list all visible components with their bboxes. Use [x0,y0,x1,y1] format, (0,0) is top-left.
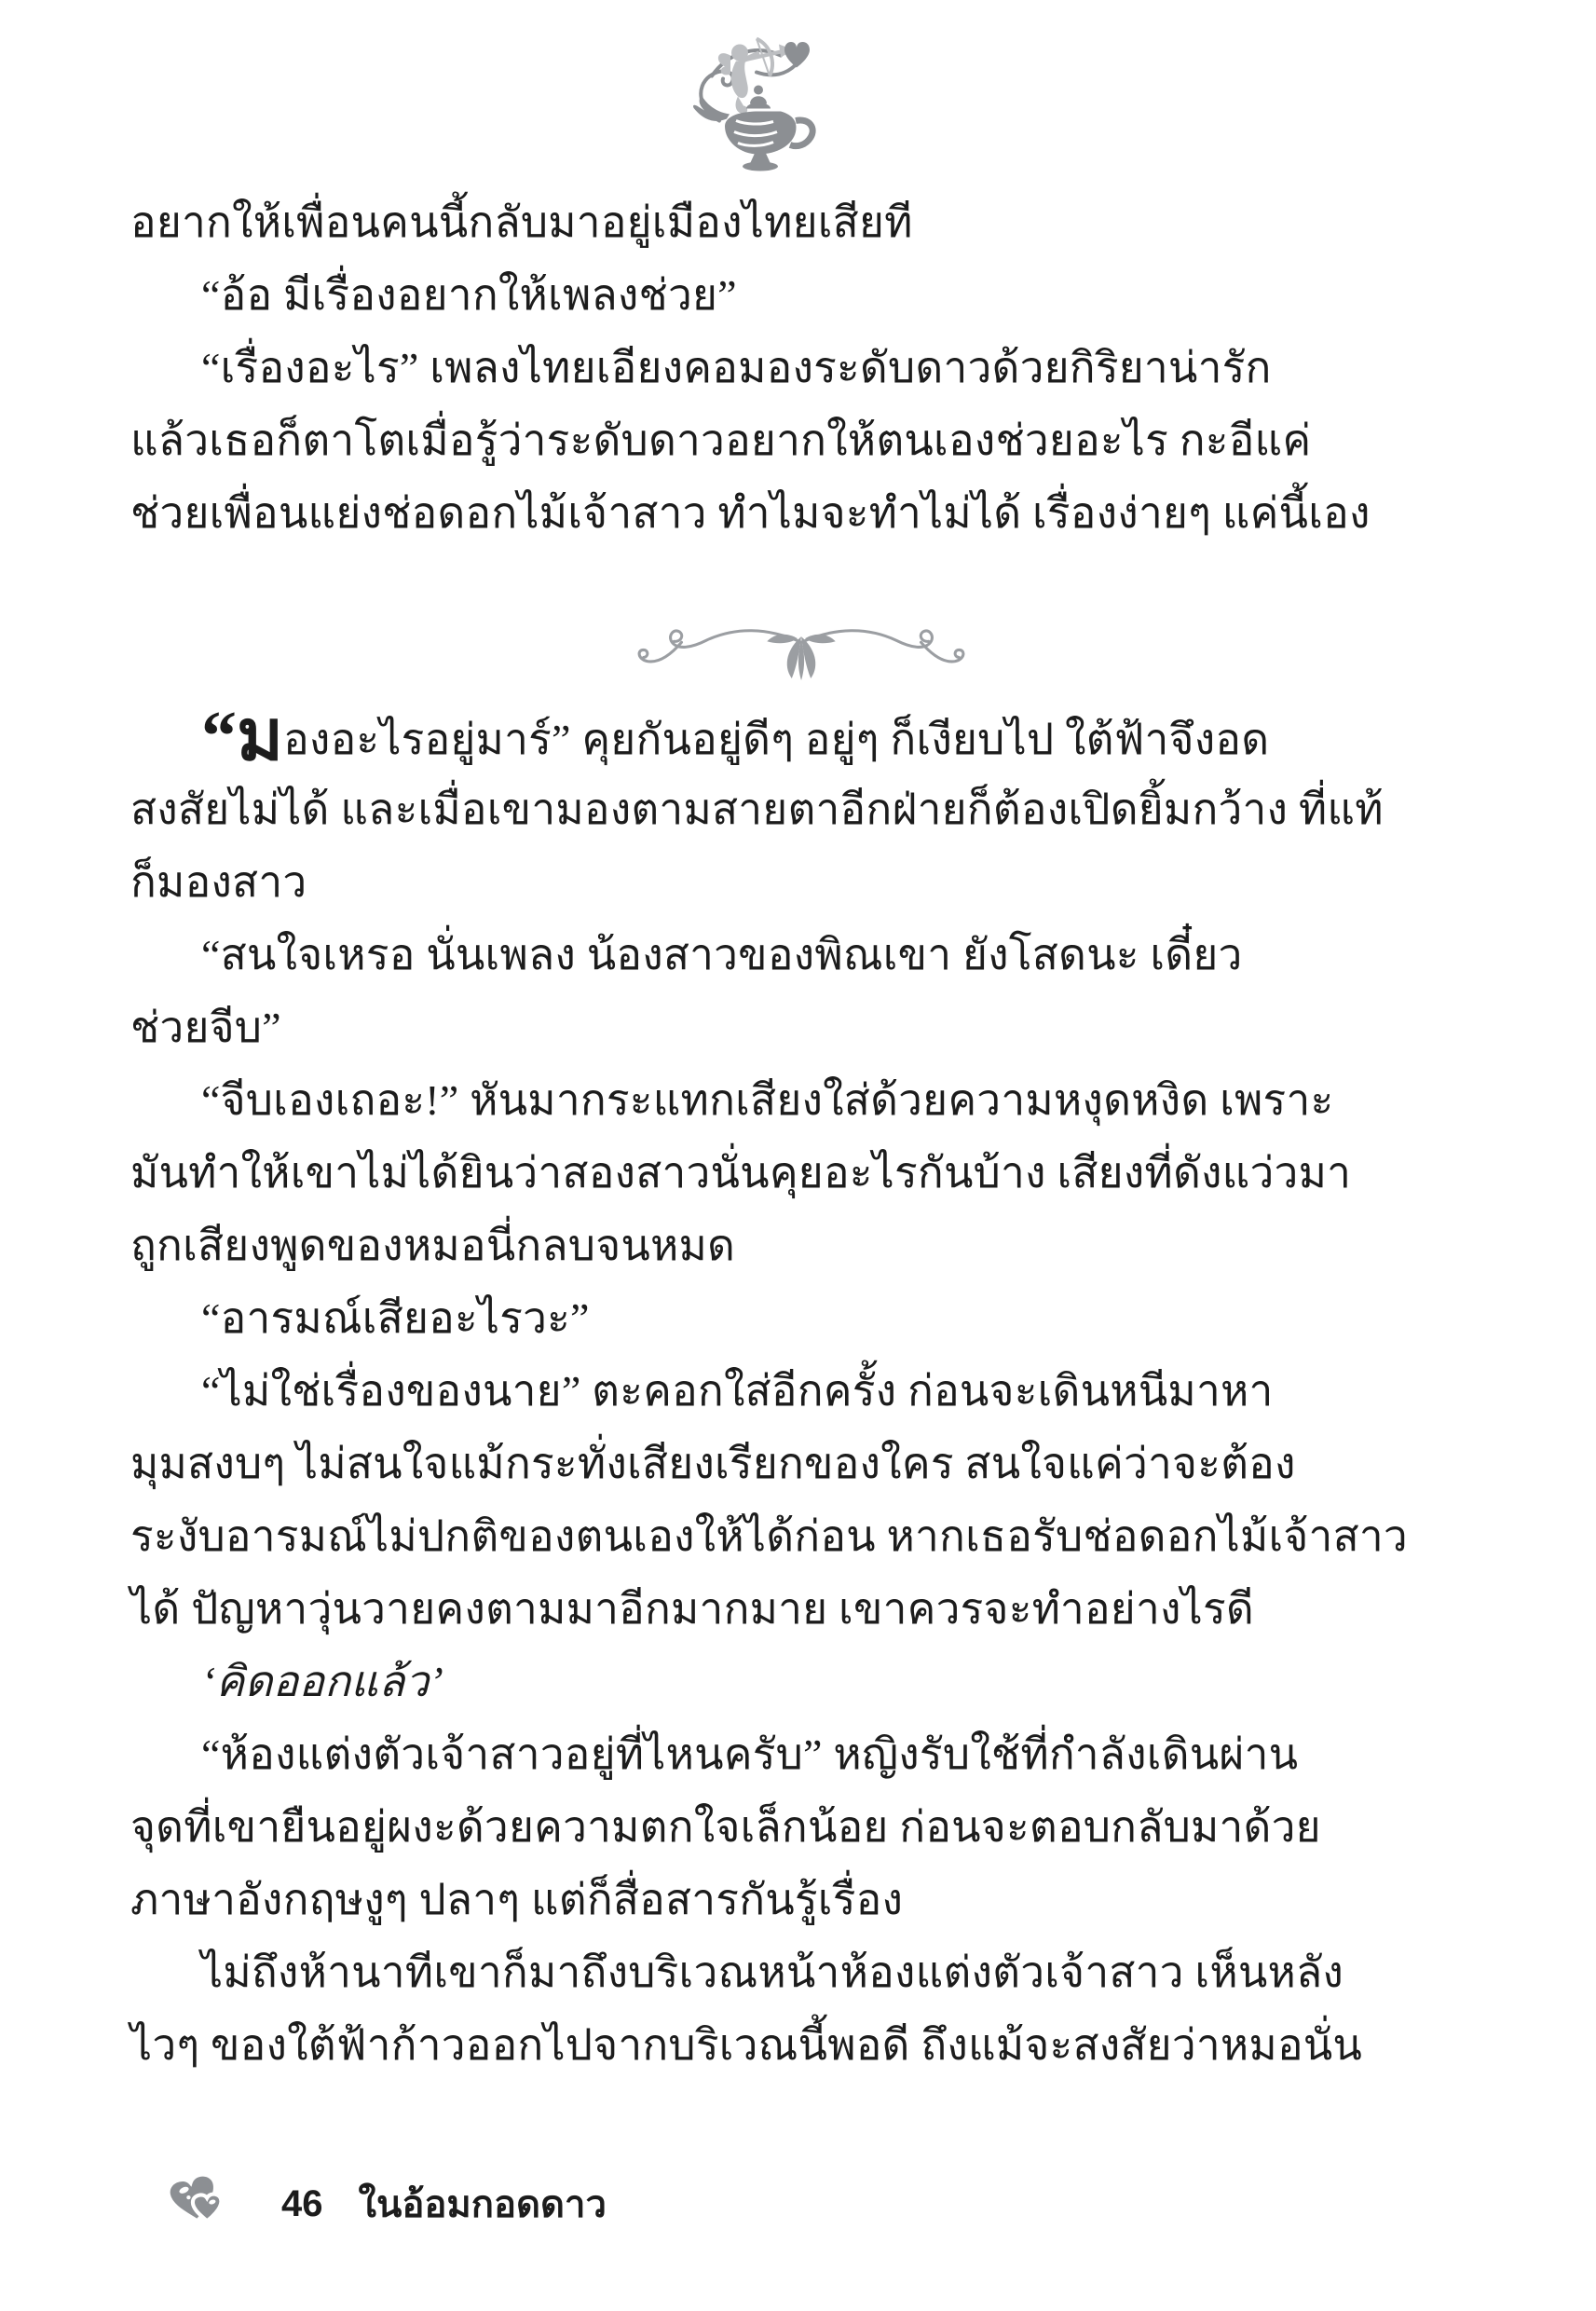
line-text: องอะไรอยู่มาร์” คุยกันอยู่ดีๆ อยู่ๆ ก็เง… [283,716,1269,763]
book-page: อยากให้เพื่อนคนนี้กลับมาอยู่เมืองไทยเสีย… [0,0,1596,2311]
line-text: “ไม่ใช่เรื่องของนาย” ตะคอกใส่อีกครั้ง ก่… [201,1367,1274,1415]
text-line: จุดที่เขายืนอยู่ผงะด้วยความตกใจเล็กน้อย … [130,1791,1495,1864]
line-text: ภาษาอังกฤษงูๆ ปลาๆ แต่ก็สื่อสารกันรู้เรื… [130,1876,903,1923]
line-text: “สนใจเหรอ นั่นเพลง น้องสาวของพิณเขา ยังโ… [201,931,1243,978]
text-line: สงสัยไม่ได้ และเมื่อเขามองตามสายตาอีกฝ่า… [130,773,1495,846]
line-text: ไวๆ ของใต้ฟ้าก้าวออกไปจากบริเวณนี้พอดี ถ… [130,2021,1362,2069]
text-line: ไม่ถึงห้านาทีเขาก็มาถึงบริเวณหน้าห้องแต่… [130,1936,1495,2009]
text-line: ระงับอารมณ์ไม่ปกติของตนเองให้ได้ก่อน หาก… [130,1500,1495,1573]
text-line: มันทำให้เขาไม่ได้ยินว่าสองสาวนั่นคุยอะไร… [130,1137,1495,1210]
line-text: ถูกเสียงพูดของหมอนี่กลบจนหมด [130,1222,735,1269]
text-line: “ห้องแต่งตัวเจ้าสาวอยู่ที่ไหนครับ” หญิงร… [130,1718,1495,1791]
line-text: ได้ ปัญหาวุ่นวายคงตามมาอีกมากมาย เขาควรจ… [130,1585,1254,1633]
line-text: ระงับอารมณ์ไม่ปกติของตนเองให้ได้ก่อน หาก… [130,1512,1408,1560]
line-text: มุมสงบๆ ไม่สนใจแม้กระทั่งเสียงเรียกของใค… [130,1440,1296,1487]
text-line: ได้ ปัญหาวุ่นวายคงตามมาอีกมากมาย เขาควรจ… [130,1573,1495,1646]
text-line: อยากให้เพื่อนคนนี้กลับมาอยู่เมืองไทยเสีย… [130,186,1495,259]
line-text: ไม่ถึงห้านาทีเขาก็มาถึงบริเวณหน้าห้องแต่… [201,1949,1344,1996]
text-line: ไวๆ ของใต้ฟ้าก้าวออกไปจากบริเวณนี้พอดี ถ… [130,2009,1495,2082]
line-text: “จีบเองเถอะ!” หันมากระแทกเสียงใส่ด้วยควา… [201,1076,1333,1124]
text-line: “ไม่ใช่เรื่องของนาย” ตะคอกใส่อีกครั้ง ก่… [130,1355,1495,1428]
line-text: ช่วยจีบ” [130,1004,281,1051]
drop-cap: “ม [201,697,283,775]
text-line: ก็มองสาว [130,846,1495,919]
text-line: มุมสงบๆ ไม่สนใจแม้กระทั่งเสียงเรียกของใค… [130,1428,1495,1500]
line-text: สงสัยไม่ได้ และเมื่อเขามองตามสายตาอีกฝ่า… [130,786,1384,833]
text-line: แล้วเธอก็ตาโตเมื่อรู้ว่าระดับดาวอยากให้ต… [130,404,1495,477]
line-text: ก็มองสาว [130,858,307,906]
text-line: “มองอะไรอยู่มาร์” คุยกันอยู่ดีๆ อยู่ๆ ก็… [130,701,1495,773]
line-text: ‘คิดออกแล้ว’ [201,1658,443,1705]
paragraphs-after-divider: “มองอะไรอยู่มาร์” คุยกันอยู่ดีๆ อยู่ๆ ก็… [130,701,1495,2082]
line-text: ช่วยเพื่อนแย่งช่อดอกไม้เจ้าสาว ทำไมจะทำไ… [130,489,1371,537]
line-text: อยากให้เพื่อนคนนี้กลับมาอยู่เมืองไทยเสีย… [130,198,913,246]
text-line: “เรื่องอะไร” เพลงไทยเอียงคอมองระดับดาวด้… [130,332,1495,404]
text-line: ‘คิดออกแล้ว’ [130,1646,1495,1718]
text-line: “อารมณ์เสียอะไรวะ” [130,1282,1495,1355]
flourish-divider-icon [611,613,991,695]
text-line: ภาษาอังกฤษงูๆ ปลาๆ แต่ก็สื่อสารกันรู้เรื… [130,1864,1495,1936]
text-line: ถูกเสียงพูดของหมอนี่กลบจนหมด [130,1210,1495,1282]
text-line: “อ้อ มีเรื่องอยากให้เพลงช่วย” [130,259,1495,332]
line-text: มันทำให้เขาไม่ได้ยินว่าสองสาวนั่นคุยอะไร… [130,1149,1351,1197]
text-line: “สนใจเหรอ นั่นเพลง น้องสาวของพิณเขา ยังโ… [130,919,1495,991]
line-text: “ห้องแต่งตัวเจ้าสาวอยู่ที่ไหนครับ” หญิงร… [201,1730,1298,1778]
book-title: ในอ้อมกอดดาว [359,2174,607,2234]
page-number: 46 [281,2183,323,2225]
line-text: “เรื่องอะไร” เพลงไทยเอียงคอมองระดับดาวด้… [201,344,1272,391]
line-text: แล้วเธอก็ตาโตเมื่อรู้ว่าระดับดาวอยากให้ต… [130,417,1311,464]
double-hearts-icon [164,2167,248,2240]
page-footer: 46 ในอ้อมกอดดาว [164,2164,607,2244]
line-text: “อ้อ มีเรื่องอยากให้เพลงช่วย” [201,271,737,319]
text-line: “จีบเองเถอะ!” หันมากระแทกเสียงใส่ด้วยควา… [130,1064,1495,1137]
line-text: “อารมณ์เสียอะไรวะ” [201,1294,590,1342]
text-line: ช่วยเพื่อนแย่งช่อดอกไม้เจ้าสาว ทำไมจะทำไ… [130,477,1495,550]
text-line: ช่วยจีบ” [130,991,1495,1064]
line-text: จุดที่เขายืนอยู่ผงะด้วยความตกใจเล็กน้อย … [130,1803,1321,1851]
genie-lamp-cupid-icon [691,26,822,173]
heart-icon [784,42,810,68]
paragraphs-before-divider: อยากให้เพื่อนคนนี้กลับมาอยู่เมืองไทยเสีย… [130,186,1495,550]
genie-lamp [693,86,812,171]
